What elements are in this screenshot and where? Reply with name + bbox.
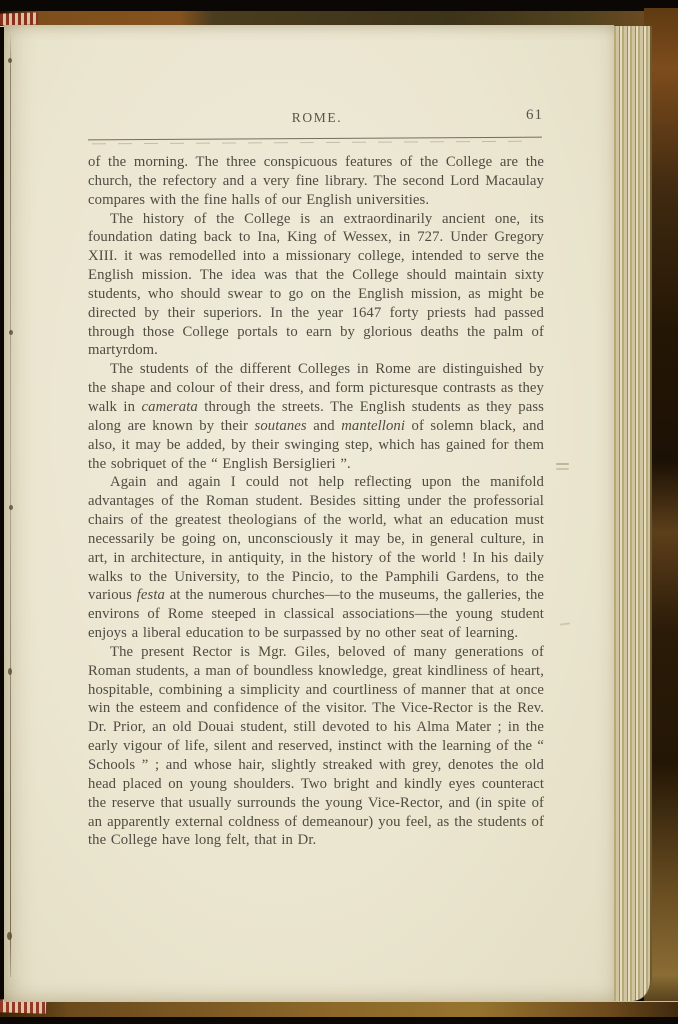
book-page: ROME. 61 of the morning. The three consp… (4, 25, 614, 1002)
binding-knot (7, 932, 12, 940)
running-header: ROME. 61 (88, 107, 546, 131)
running-title: ROME. (292, 110, 342, 126)
book-headband-top (0, 12, 38, 25)
text-run: of the morning. The three conspicuous fe… (88, 154, 544, 208)
book-photo: ROME. 61 of the morning. The three consp… (0, 0, 678, 1024)
binding-knot (8, 668, 12, 675)
paragraph: of the morning. The three conspicuous fe… (88, 153, 544, 210)
italic-run: mantelloni (341, 418, 405, 434)
binding-knot (9, 505, 13, 510)
text-run: The present Rector is Mgr. Giles, belove… (88, 644, 544, 848)
italic-run: camerata (142, 399, 198, 415)
italic-run: festa (137, 587, 165, 603)
page-number: 61 (526, 107, 543, 124)
page-body: of the morning. The three conspicuous fe… (88, 153, 544, 850)
binding-knot (8, 58, 12, 63)
text-run: Again and again I could not help reflect… (88, 474, 544, 603)
book-bottom-edge (0, 1001, 678, 1017)
text-block: ROME. 61 of the morning. The three consp… (88, 107, 546, 131)
margin-smudge (556, 463, 569, 465)
text-run: The history of the College is an extraor… (88, 211, 544, 359)
margin-smudge (560, 622, 570, 625)
paragraph: The history of the College is an extraor… (88, 210, 544, 361)
text-run: and (307, 418, 341, 434)
binding-knot (9, 330, 13, 335)
paragraph: The present Rector is Mgr. Giles, belove… (88, 643, 544, 850)
paragraph: The students of the different Colleges i… (88, 360, 544, 473)
paragraph: Again and again I could not help reflect… (88, 473, 544, 643)
page-fore-edge-stack (612, 26, 652, 1001)
italic-run: soutanes (255, 418, 307, 434)
header-rule (88, 137, 542, 141)
